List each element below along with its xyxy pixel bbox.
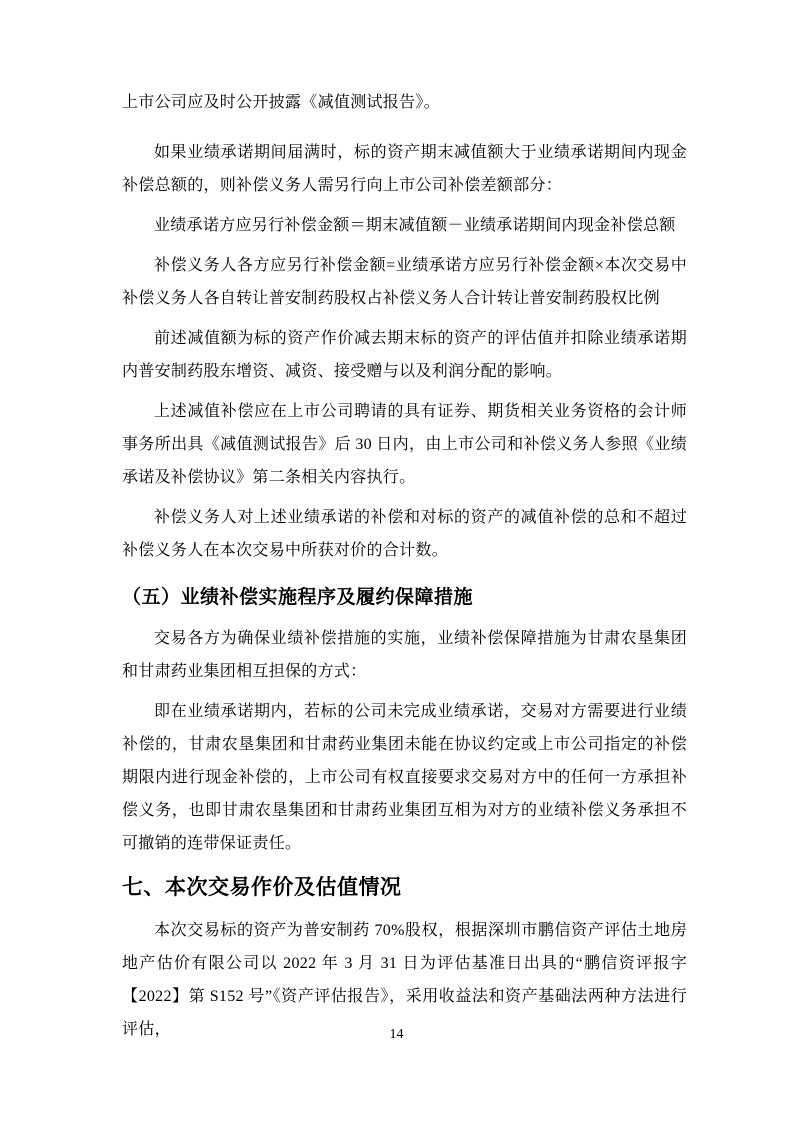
- paragraph-guarantee-intro: 交易各方为确保业绩补偿措施的实施，业绩补偿保障措施为甘肃农垦集团和甘肃药业集团相…: [122, 622, 687, 688]
- paragraph-continuation: 上市公司应及时公开披露《减值测试报告》。: [122, 86, 687, 119]
- paragraph-impairment-definition: 前述减值额为标的资产作价减去期末标的资产的评估值并扣除业绩承诺期内普安制药股东增…: [122, 322, 687, 388]
- document-page: 上市公司应及时公开披露《减值测试报告》。 如果业绩承诺期间届满时，标的资产期末减…: [0, 0, 793, 1122]
- paragraph-execution-terms: 上述减值补偿应在上市公司聘请的具有证券、期货相关业务资格的会计师事务所出具《减值…: [122, 395, 687, 494]
- paragraph-compensation-cap: 补偿义务人对上述业绩承诺的补偿和对标的资产的减值补偿的总和不超过补偿义务人在本次…: [122, 501, 687, 567]
- paragraph-formula-promisor: 业绩承诺方应另行补偿金额＝期末减值额－业绩承诺期间内现金补偿总额: [122, 209, 687, 242]
- page-number: 14: [0, 1026, 793, 1044]
- section-heading-five: （五）业绩补偿实施程序及履约保障措施: [122, 585, 687, 611]
- paragraph-impairment-condition: 如果业绩承诺期间届满时，标的资产期末减值额大于业绩承诺期间内现金补偿总额的，则补…: [122, 136, 687, 202]
- paragraph-formula-obligor: 补偿义务人各方应另行补偿金额=业绩承诺方应另行补偿金额×本次交易中补偿义务人各自…: [122, 249, 687, 315]
- section-heading-seven: 七、本次交易作价及估值情况: [122, 874, 687, 902]
- paragraph-guarantee-detail: 即在业绩承诺期内，若标的公司未完成业绩承诺，交易对方需要进行业绩补偿的，甘肃农垦…: [122, 695, 687, 860]
- document-body: 上市公司应及时公开披露《减值测试报告》。 如果业绩承诺期间届满时，标的资产期末减…: [122, 86, 687, 1053]
